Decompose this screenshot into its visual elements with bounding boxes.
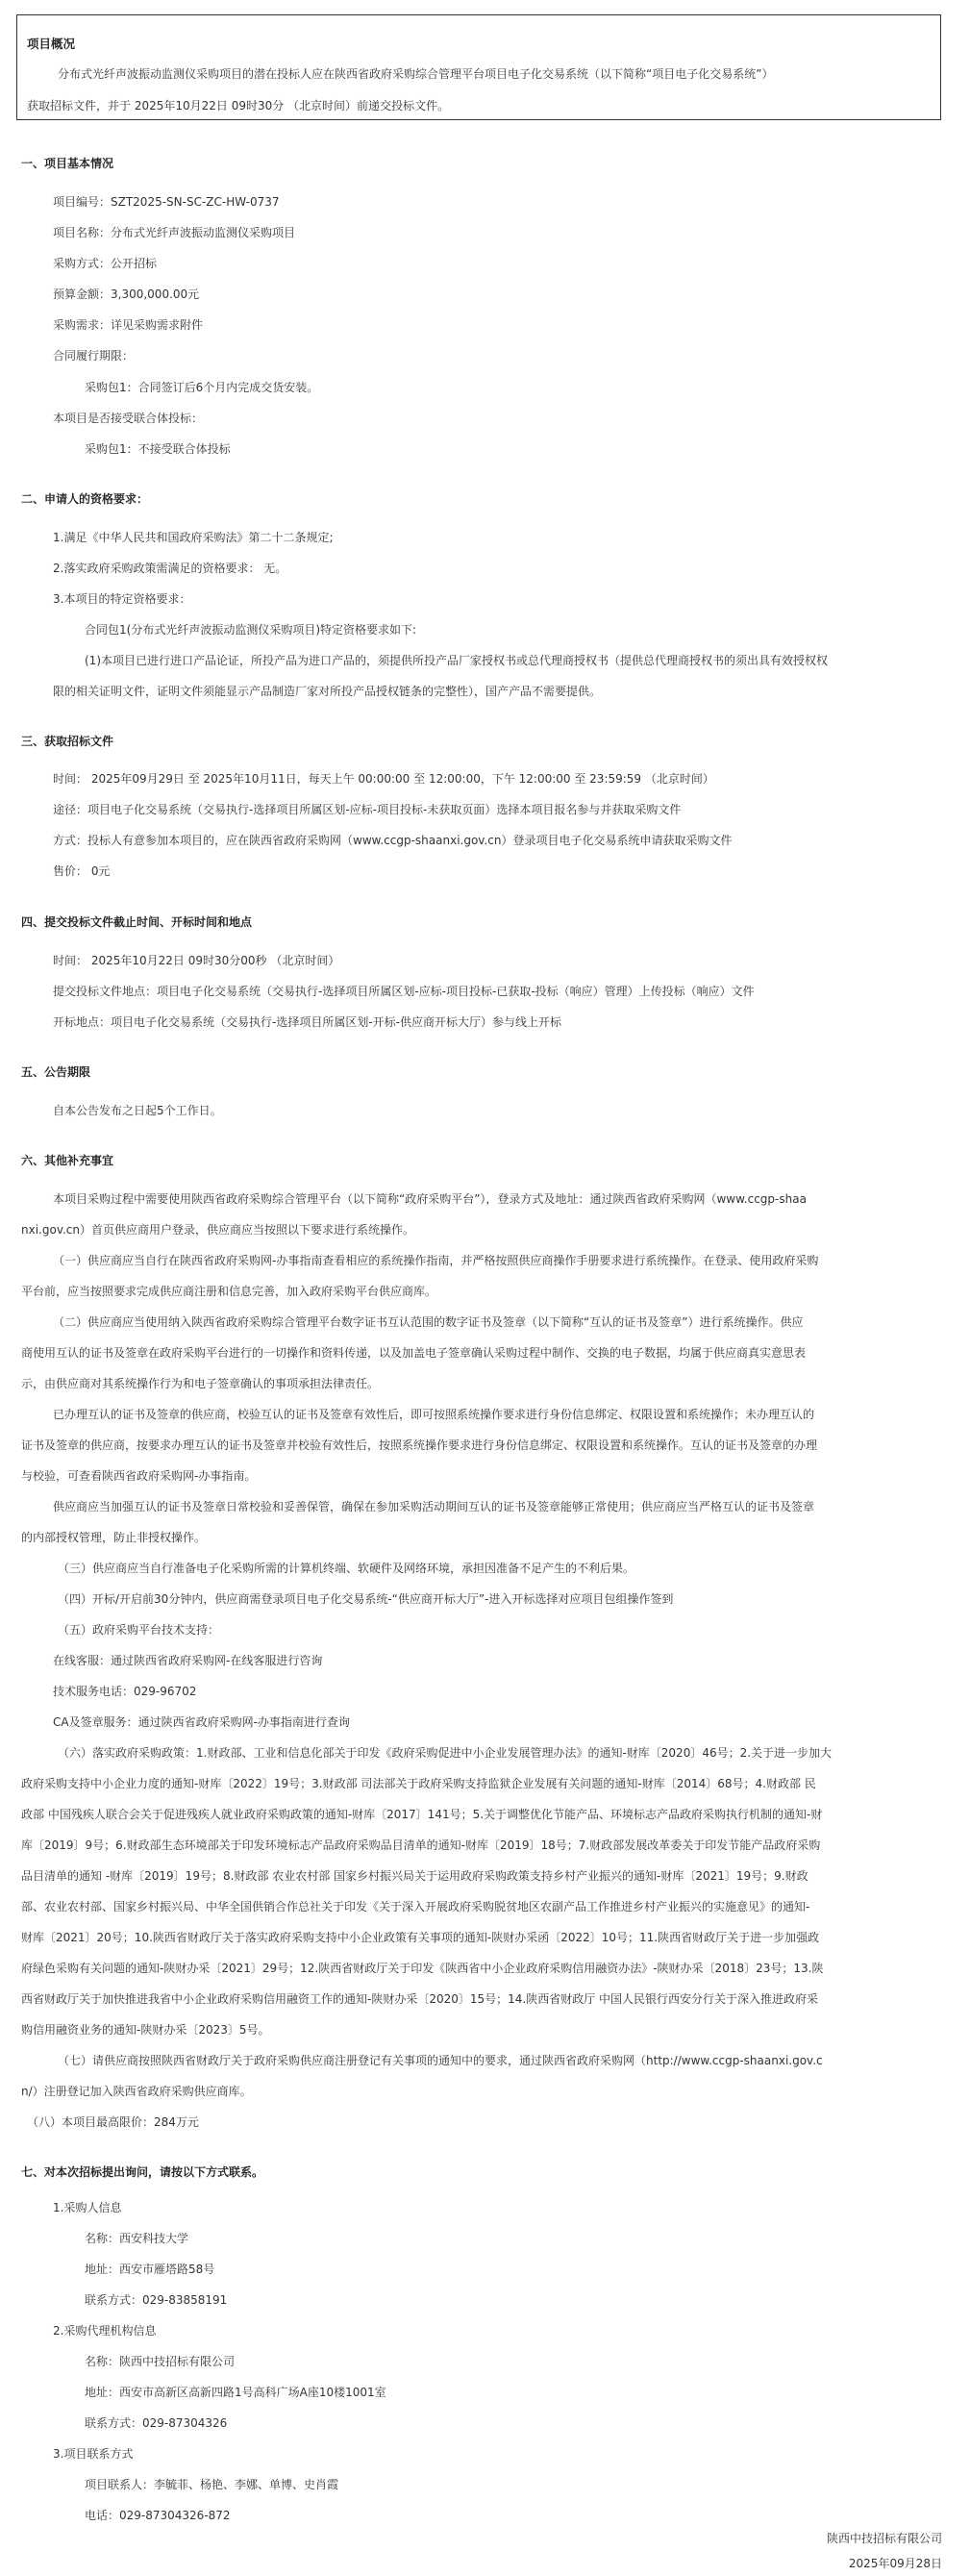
supplement-1-line-2: 平台前，应当按照要求完成供应商注册和信息完善，加入政府采购平台供应商库。: [21, 1283, 436, 1299]
qualification-item-1: 1.满足《中华人民共和国政府采购法》第二十二条规定;: [53, 529, 334, 545]
consortium-package: 采购包1：不接受联合体投标: [85, 440, 231, 457]
supplement-4-line-1: 供应商应当加强互认的证书及签章日常校验和妥善保管，确保在参加采购活动期间互认的证…: [53, 1498, 814, 1514]
acquire-price: 售价： 0元: [53, 863, 110, 879]
notice-period: 自本公告发布之日起5个工作日。: [53, 1102, 222, 1118]
procurement-method: 采购方式：公开招标: [53, 255, 157, 271]
tech-phone: 技术服务电话：029-96702: [53, 1683, 196, 1699]
supplement-item-7-line-1: （七）请供应商按照陕西省财政厅关于政府采购供应商注册登记有关事项的通知中的要求，…: [58, 2052, 823, 2068]
project-summary-box: 项目概况 分布式光纤声波振动监测仪采购项目的潜在投标人应在陕西省政府采购综合管理…: [16, 14, 941, 120]
supplement-item-3: （三）供应商应当自行准备电子化采购所需的计算机终端、软硬件及网络环境，承担因准备…: [58, 1560, 634, 1576]
project-contact-phone: 电话：029-87304326-872: [85, 2507, 231, 2523]
opening-place: 开标地点：项目电子化交易系统（交易执行-选择项目所属区划-开标-供应商开标大厅）…: [53, 1013, 561, 1030]
section-1-heading: 一、项目基本情况: [21, 155, 113, 171]
policy-line-8: 府绿色采购有关问题的通知-陕财办采〔2021〕29号；12.陕西省财政厅关于印发…: [21, 1960, 823, 1976]
supplement-intro-line-1: 本项目采购过程中需要使用陕西省政府采购综合管理平台（以下简称“政府采购平台”），…: [53, 1190, 807, 1207]
supplement-1-line-1: （一）供应商应当自行在陕西省政府采购网-办事指南查看相应的系统操作指南，并严格按…: [53, 1252, 818, 1268]
max-price: （八）本项目最高限价：284万元: [27, 2113, 199, 2130]
policy-line-1: （六）落实政府采购政策：1.财政部、工业和信息化部关于印发《政府采购促进中小企业…: [58, 1744, 832, 1761]
agent-contact: 联系方式：029-87304326: [85, 2414, 227, 2431]
supplement-2-line-2: 商使用互认的证书及签章在政府采购平台进行的一切操作和资料传递，以及加盖电子签章确…: [21, 1344, 806, 1361]
policy-line-9: 西省财政厅关于加快推进我省中小企业政府采购信用融资工作的通知-陕财办采〔2020…: [21, 1990, 818, 2007]
qualification-item-3: 3.本项目的特定资格要求：: [53, 590, 190, 607]
contract-period-label: 合同履行期限：: [53, 347, 134, 363]
summary-line-2: 获取招标文件，并于 2025年10月22日 09时30分 （北京时间）前递交投标…: [27, 97, 449, 113]
online-service: 在线客服：通过陕西省政府采购网-在线客服进行咨询: [53, 1652, 322, 1668]
policy-line-2: 政府采购支持中小企业力度的通知-财库〔2022〕19号；3.财政部 司法部关于政…: [21, 1775, 816, 1791]
section-4-heading: 四、提交投标文件截止时间、开标时间和地点: [21, 913, 252, 930]
footer-date: 2025年09月28日: [849, 2555, 942, 2571]
summary-line-1: 分布式光纤声波振动监测仪采购项目的潜在投标人应在陕西省政府采购综合管理平台项目电…: [58, 65, 773, 82]
submit-place: 提交投标文件地点：项目电子化交易系统（交易执行-选择项目所属区划-应标-项目投标…: [53, 983, 755, 999]
acquire-route: 途径：项目电子化交易系统（交易执行-选择项目所属区划-应标-项目投标-未获取页面…: [53, 801, 681, 817]
supplement-item-5: （五）政府采购平台技术支持：: [58, 1621, 219, 1638]
policy-line-3: 政部 中国残疾人联合会关于促进残疾人就业政府采购政策的通知-财库〔2017〕14…: [21, 1806, 822, 1822]
section-7-heading: 七、对本次招标提出询问，请按以下方式联系。: [21, 2163, 263, 2180]
section-3-heading: 三、获取招标文件: [21, 733, 113, 749]
policy-line-7: 财库〔2021〕20号；10.陕西省财政厅关于落实政府采购支持中小企业政策有关事…: [21, 1929, 819, 1945]
package-qualification-line-1: (1)本项目已进行进口产品论证，所投产品为进口产品的，须提供所投产品厂家授权书或…: [85, 652, 828, 668]
acquire-method: 方式：投标人有意参加本项目的，应在陕西省政府采购网（www.ccgp-shaan…: [53, 832, 733, 848]
supplement-3-line-1: 已办理互认的证书及签章的供应商，校验互认的证书及签章有效性后，即可按照系统操作要…: [53, 1406, 814, 1422]
supplement-item-7-line-2: n/）注册登记加入陕西省政府采购供应商库。: [21, 2083, 252, 2099]
consortium-label: 本项目是否接受联合体投标：: [53, 410, 203, 426]
project-contact-label: 3.项目联系方式: [53, 2445, 133, 2462]
policy-line-5: 品目清单的通知 -财库〔2019〕19号；8.财政部 农业农村部 国家乡村振兴局…: [21, 1867, 808, 1884]
supplement-item-4: （四）开标/开启前30分钟内，供应商需登录项目电子化交易系统-“供应商开标大厅”…: [58, 1590, 673, 1607]
contract-period-package: 采购包1：合同签订后6个月内完成交货安装。: [85, 379, 318, 395]
supplement-intro-line-2: nxi.gov.cn）首页供应商用户登录，供应商应当按照以下要求进行系统操作。: [21, 1221, 414, 1238]
budget-amount: 预算金额：3,300,000.00元: [53, 286, 199, 302]
agent-info-label: 2.采购代理机构信息: [53, 2322, 156, 2338]
agent-address: 地址：西安市高新区高新四路1号高科广场A座10楼1001室: [85, 2384, 386, 2400]
supplement-3-line-2: 证书及签章的供应商，按要求办理互认的证书及签章并校验有效性后，按照系统操作要求进…: [21, 1437, 817, 1453]
buyer-info-label: 1.采购人信息: [53, 2199, 121, 2215]
section-2-heading: 二、申请人的资格要求：: [21, 490, 148, 507]
buyer-contact: 联系方式：029-83858191: [85, 2291, 227, 2308]
buyer-address: 地址：西安市雁塔路58号: [85, 2261, 214, 2277]
policy-line-6: 部、农业农村部、国家乡村振兴局、中华全国供销合作总社关于印发《关于深入开展政府采…: [21, 1898, 809, 1914]
supplement-2-line-3: 示，由供应商对其系统操作行为和电子签章确认的事项承担法律责任。: [21, 1375, 379, 1391]
qualification-item-2: 2.落实政府采购政策需满足的资格要求： 无。: [53, 560, 286, 576]
agent-name: 名称：陕西中技招标有限公司: [85, 2353, 235, 2369]
footer-company: 陕西中技招标有限公司: [827, 2530, 942, 2546]
package-qualification-label: 合同包1(分布式光纤声波振动监测仪采购项目)特定资格要求如下:: [85, 621, 416, 638]
project-name: 项目名称：分布式光纤声波振动监测仪采购项目: [53, 224, 295, 240]
acquire-time: 时间： 2025年09月29日 至 2025年10月11日，每天上午 00:00…: [53, 770, 714, 787]
buyer-name: 名称：西安科技大学: [85, 2230, 188, 2246]
policy-line-4: 库〔2019〕9号；6.财政部生态环境部关于印发环境标志产品政府采购品目清单的通…: [21, 1837, 820, 1853]
supplement-3-line-3: 与校验，可查看陕西省政府采购网-办事指南。: [21, 1467, 256, 1484]
project-number: 项目编号：SZT2025-SN-SC-ZC-HW-0737: [53, 193, 280, 210]
ca-service: CA及签章服务：通过陕西省政府采购网-办事指南进行查询: [53, 1713, 350, 1730]
supplement-4-line-2: 的内部授权管理，防止非授权操作。: [21, 1529, 206, 1545]
project-contact-people: 项目联系人：李毓菲、杨艳、李娜、单博、史肖霞: [85, 2476, 338, 2492]
policy-line-10: 购信用融资业务的通知-陕财办采〔2023〕5号。: [21, 2021, 270, 2038]
supplement-2-line-1: （二）供应商应当使用纳入陕西省政府采购综合管理平台数字证书互认范围的数字证书及签…: [53, 1313, 803, 1330]
package-qualification-line-2: 限的相关证明文件，证明文件须能显示产品制造厂家对所投产品授权链条的完整性），国产…: [53, 683, 601, 699]
summary-title: 项目概况: [27, 35, 75, 52]
section-6-heading: 六、其他补充事宜: [21, 1152, 113, 1168]
section-5-heading: 五、公告期限: [21, 1063, 90, 1080]
deadline-time: 时间： 2025年10月22日 09时30分00秒 （北京时间）: [53, 952, 339, 968]
procurement-requirement: 采购需求：详见采购需求附件: [53, 316, 203, 333]
